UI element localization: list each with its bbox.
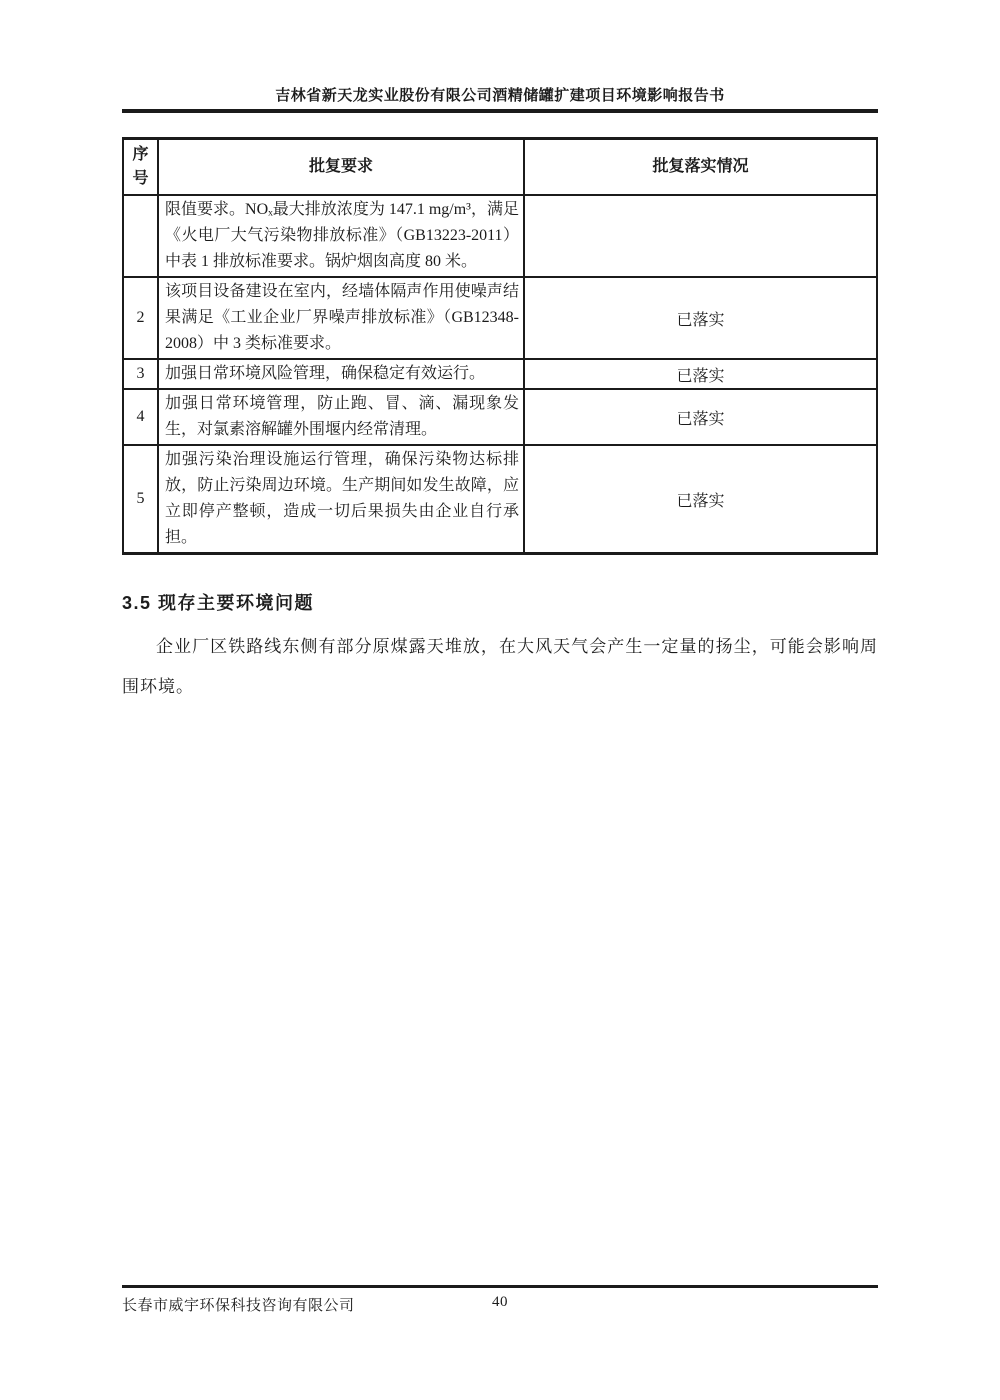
row-index: 5 [123, 445, 158, 554]
row-status: 已落实 [524, 389, 877, 445]
row-requirement: 限值要求。NOₓ最大排放浓度为 147.1 mg/m³，满足《火电厂大气污染物排… [158, 195, 524, 277]
page-header-title: 吉林省新天龙实业股份有限公司酒精储罐扩建项目环境影响报告书 [122, 84, 878, 105]
row-status: 已落实 [524, 277, 877, 359]
table-row: 3 加强日常环境风险管理，确保稳定有效运行。 已落实 [123, 359, 877, 389]
row-status [524, 195, 877, 277]
column-header-status: 批复落实情况 [524, 139, 877, 196]
row-index [123, 195, 158, 277]
table-row: 2 该项目设备建设在室内，经墙体隔声作用使噪声结果满足《工业企业厂界噪声排放标准… [123, 277, 877, 359]
row-index: 4 [123, 389, 158, 445]
footer-row: 长春市威宇环保科技咨询有限公司 40 [122, 1294, 878, 1315]
approval-requirements-table: 序号 批复要求 批复落实情况 限值要求。NOₓ最大排放浓度为 147.1 mg/… [122, 137, 878, 555]
row-index: 3 [123, 359, 158, 389]
table-row: 4 加强日常环境管理，防止跑、冒、滴、漏现象发生，对氯素溶解罐外围堰内经常清理。… [123, 389, 877, 445]
row-requirement: 该项目设备建设在室内，经墙体隔声作用使噪声结果满足《工业企业厂界噪声排放标准》（… [158, 277, 524, 359]
row-index: 2 [123, 277, 158, 359]
page-footer: 长春市威宇环保科技咨询有限公司 40 [122, 1285, 878, 1315]
section-heading: 3.5 现存主要环境问题 [122, 589, 878, 615]
section-paragraph: 企业厂区铁路线东侧有部分原煤露天堆放，在大风天气会产生一定量的扬尘，可能会影响周… [122, 627, 878, 707]
page-content: 吉林省新天龙实业股份有限公司酒精储罐扩建项目环境影响报告书 序号 批复要求 批复… [122, 84, 878, 707]
column-header-index: 序号 [123, 139, 158, 196]
row-status: 已落实 [524, 445, 877, 554]
row-requirement: 加强污染治理设施运行管理，确保污染物达标排放，防止污染周边环境。生产期间如发生故… [158, 445, 524, 554]
footer-rule [122, 1285, 878, 1288]
footer-page-number: 40 [122, 1294, 878, 1311]
row-requirement: 加强日常环境管理，防止跑、冒、滴、漏现象发生，对氯素溶解罐外围堰内经常清理。 [158, 389, 524, 445]
table-row: 5 加强污染治理设施运行管理，确保污染物达标排放，防止污染周边环境。生产期间如发… [123, 445, 877, 554]
table-header-row: 序号 批复要求 批复落实情况 [123, 139, 877, 196]
row-requirement: 加强日常环境风险管理，确保稳定有效运行。 [158, 359, 524, 389]
table-row: 限值要求。NOₓ最大排放浓度为 147.1 mg/m³，满足《火电厂大气污染物排… [123, 195, 877, 277]
header-rule [122, 109, 878, 113]
document-page: 吉林省新天龙实业股份有限公司酒精储罐扩建项目环境影响报告书 序号 批复要求 批复… [0, 0, 1000, 1400]
column-header-requirement: 批复要求 [158, 139, 524, 196]
row-status: 已落实 [524, 359, 877, 389]
